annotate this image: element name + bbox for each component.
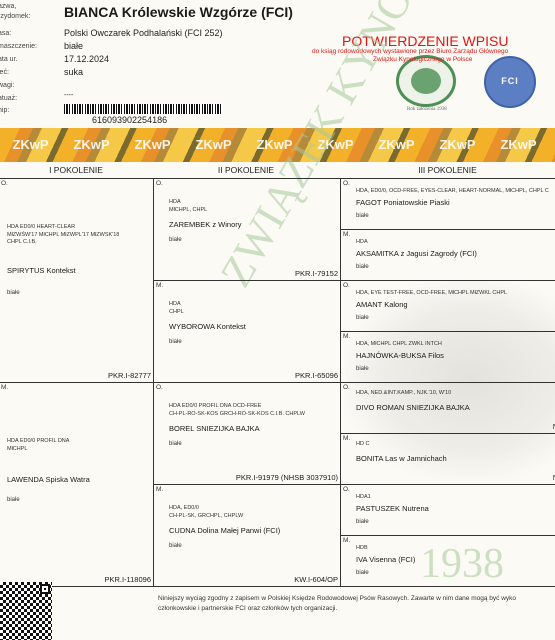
ancestor-color: białe: [169, 339, 182, 345]
label-color: maszczenie:: [0, 43, 37, 50]
banner-logo-text: ZKwP: [122, 128, 183, 162]
ancestor-titles: HDA, EYE TEST-FREE, OCD-FREE, MłCHPL MłZ…: [356, 290, 507, 298]
ancestor-name: FAGOT Poniatowskie Piaski: [356, 198, 450, 207]
ancestor-titles: HDA, ED0/0 CH-PL-SK, GRCHPL, CHPLW: [169, 505, 243, 520]
ancestor-gen2-3: M.HDA, ED0/0 CH-PL-SK, GRCHPL, CHPLWCUDN…: [153, 484, 341, 587]
ancestor-gen1-1: M.HDA ED0/0 PROFIL DNA MłCHPLLAWENDA Spi…: [0, 382, 154, 587]
ancestor-titles: HDA, NED.&INT.KAMP., NJK.'10, W'10: [356, 390, 451, 398]
ancestor-sex: M.: [1, 384, 8, 391]
birth-date-value: 17.12.2024: [64, 54, 109, 64]
ancestor-color: białe: [7, 497, 20, 503]
ancestor-titles: HDA1: [356, 494, 371, 502]
ancestor-gen3-4: O.HDA, NED.&INT.KAMP., NJK.'10, W'10DIVO…: [340, 382, 555, 434]
ancestor-sex: O.: [343, 384, 350, 391]
banner-logo-text: ZKwP: [183, 128, 244, 162]
ancestor-titles: HDA: [356, 239, 368, 247]
ancestor-name: AKSAMITKA z Jagusi Zagrody (FCI): [356, 249, 477, 258]
generation-1-header: I POKOLENIE: [0, 165, 152, 175]
ancestor-name: BONITA Las w Jamnichach: [356, 454, 447, 463]
label-chip: hip:: [0, 107, 9, 114]
ancestor-titles: HD C: [356, 441, 369, 449]
chip-barcode: [64, 104, 222, 114]
footer-line-2: członkowskie i partnerskie FCI oraz czło…: [158, 604, 516, 614]
ancestor-sex: O.: [343, 180, 350, 187]
ancestor-registration: PKR.I-118096: [104, 575, 151, 584]
ancestor-sex: M.: [156, 486, 163, 493]
label-tattoo: atuaż:: [0, 95, 17, 102]
ancestor-name: PASTUSZEK Nutrena: [356, 504, 429, 513]
breed-value: Polski Owczarek Podhalański (FCI 252): [64, 28, 223, 38]
ancestor-registration: PKR.I-65096: [295, 371, 338, 380]
label-notes: wagi:: [0, 82, 14, 89]
ancestor-registration: PKR.I-79152: [295, 269, 338, 278]
ancestor-gen2-1: M.HDA CHPLWYBOROWA KontekstbiałePKR.I-65…: [153, 280, 341, 383]
label-name: azwa,: [0, 3, 16, 10]
ancestor-name: WYBOROWA Kontekst: [169, 322, 246, 331]
ancestor-color: białe: [169, 237, 182, 243]
fci-logo-icon: FCI: [484, 56, 536, 108]
ancestor-color: białe: [169, 543, 182, 549]
ancestor-name: LAWENDA Spiska Watra: [7, 475, 90, 484]
ancestor-sex: M.: [343, 333, 350, 340]
qr-finder-icon: [40, 584, 50, 594]
ancestor-titles: HDA ED0/0 PROFIL DNA MłCHPL: [7, 438, 69, 453]
ancestor-name: ZAREMBEK z Winory: [169, 220, 242, 229]
ancestor-gen3-3: M.HDA, MłCHPL CHPL ZWKL INTCHHAJNÓWKA-BU…: [340, 331, 555, 383]
ancestor-sex: M.: [343, 231, 350, 238]
ancestor-color: białe: [356, 213, 369, 219]
banner-logo-text: ZKwP: [488, 128, 549, 162]
ancestor-name: IVA Visenna (FCI): [356, 555, 415, 564]
ancestor-sex: M.: [343, 537, 350, 544]
pedigree-document: azwa, rzydomek: asa: maszczenie: ata ur.…: [0, 0, 555, 640]
ancestor-titles: HDA ED0/0 HEART-CLEAR MłZWŚW'17 MłCHPL M…: [7, 224, 119, 247]
ancestor-registration: PKR.I-91979 (NHSB 3037910): [236, 473, 338, 482]
ancestor-titles: HDA CHPL: [169, 301, 184, 316]
color-value: białe: [64, 41, 83, 51]
ancestor-color: białe: [356, 315, 369, 321]
dog-name: BIANCA Królewskie Wzgórze (FCI): [64, 4, 293, 20]
ancestor-color: białe: [356, 264, 369, 270]
ancestor-name: CUDNA Dolina Małej Panwi (FCI): [169, 526, 280, 535]
banner-logo-text: ZKwP: [0, 128, 61, 162]
ancestor-sex: O.: [343, 486, 350, 493]
banner-logo-text: ZKwP: [427, 128, 488, 162]
ancestor-name: HAJNÓWKA-BUKSA Filos: [356, 351, 444, 360]
ancestor-gen2-2: O.HDA ED0/0 PROFIL DNA OCD-FREE CH-PL-RO…: [153, 382, 341, 485]
label-birth-date: ata ur.: [0, 56, 17, 63]
tattoo-value: ----: [64, 92, 73, 99]
label-sex: łeć:: [0, 69, 9, 76]
ancestor-registration: PKR.I-82777: [108, 371, 151, 380]
generation-3-header: III POKOLENIE: [340, 165, 555, 175]
ancestor-titles: HDA, ED0/0, OCD-FREE, EYES-CLEAR, HEART-…: [356, 188, 549, 196]
ancestor-gen3-0: O.HDA, ED0/0, OCD-FREE, EYES-CLEAR, HEAR…: [340, 178, 555, 230]
ancestor-gen3-1: M.HDAAKSAMITKA z Jagusi Zagrody (FCI)bia…: [340, 229, 555, 281]
zkwp-founded-text: Rok założenia 1938: [407, 107, 447, 112]
ancestor-color: białe: [7, 290, 20, 296]
footer-line-1: Niniejszy wyciąg zgodny z zapisem w Pols…: [158, 594, 516, 604]
ancestor-titles: HDA MłCHPL, CHPL: [169, 199, 207, 214]
ancestor-color: białe: [356, 570, 369, 576]
sex-value: suka: [64, 67, 83, 77]
ancestor-sex: O.: [156, 180, 163, 187]
label-breed: asa:: [0, 30, 11, 37]
ancestor-gen3-7: M.HDBIVA Visenna (FCI)białeK: [340, 535, 555, 587]
chip-number: 616093902254186: [92, 115, 167, 125]
ancestor-color: białe: [356, 519, 369, 525]
generation-2-header: II POKOLENIE: [152, 165, 340, 175]
ancestor-sex: M.: [156, 282, 163, 289]
ancestor-sex: O.: [156, 384, 163, 391]
ancestor-gen3-6: O.HDA1PASTUSZEK NutrenabiałeK: [340, 484, 555, 536]
ancestor-gen1-0: O.HDA ED0/0 HEART-CLEAR MłZWŚW'17 MłCHPL…: [0, 178, 154, 383]
banner-logo-text: ZKwP: [366, 128, 427, 162]
ancestor-name: AMANT Kalong: [356, 300, 408, 309]
ancestor-gen3-5: M.HD CBONITA Las w JamnichachNH: [340, 433, 555, 485]
ancestor-color: białe: [356, 366, 369, 372]
banner-logo-text: ZKwP: [61, 128, 122, 162]
ancestor-name: BOREL SNIEZIJKA BAJKA: [169, 424, 260, 433]
footer-disclaimer: Niniejszy wyciąg zgodny z zapisem w Pols…: [158, 594, 516, 614]
ancestor-sex: M.: [343, 435, 350, 442]
ancestor-gen3-2: O.HDA, EYE TEST-FREE, OCD-FREE, MłCHPL M…: [340, 280, 555, 332]
ancestor-color: białe: [169, 441, 182, 447]
ancestor-titles: HDA ED0/0 PROFIL DNA OCD-FREE CH-PL-RO-S…: [169, 403, 305, 418]
ancestor-sex: O.: [343, 282, 350, 289]
label-kennel: rzydomek:: [0, 13, 30, 20]
ancestor-titles: HDA, MłCHPL CHPL ZWKL INTCH: [356, 341, 442, 349]
ancestor-name: SPIRYTUS Kontekst: [7, 266, 76, 275]
ancestor-sex: O.: [1, 180, 8, 187]
ancestor-name: DIVO ROMAN SNIEZIJKA BAJKA: [356, 403, 470, 412]
fci-logo-text: FCI: [486, 76, 534, 86]
ancestor-titles: HDB: [356, 545, 368, 553]
ancestor-gen2-0: O.HDA MłCHPL, CHPLZAREMBEK z Winorybiałe…: [153, 178, 341, 281]
ancestor-registration: KW.I-604/OP: [294, 575, 338, 584]
